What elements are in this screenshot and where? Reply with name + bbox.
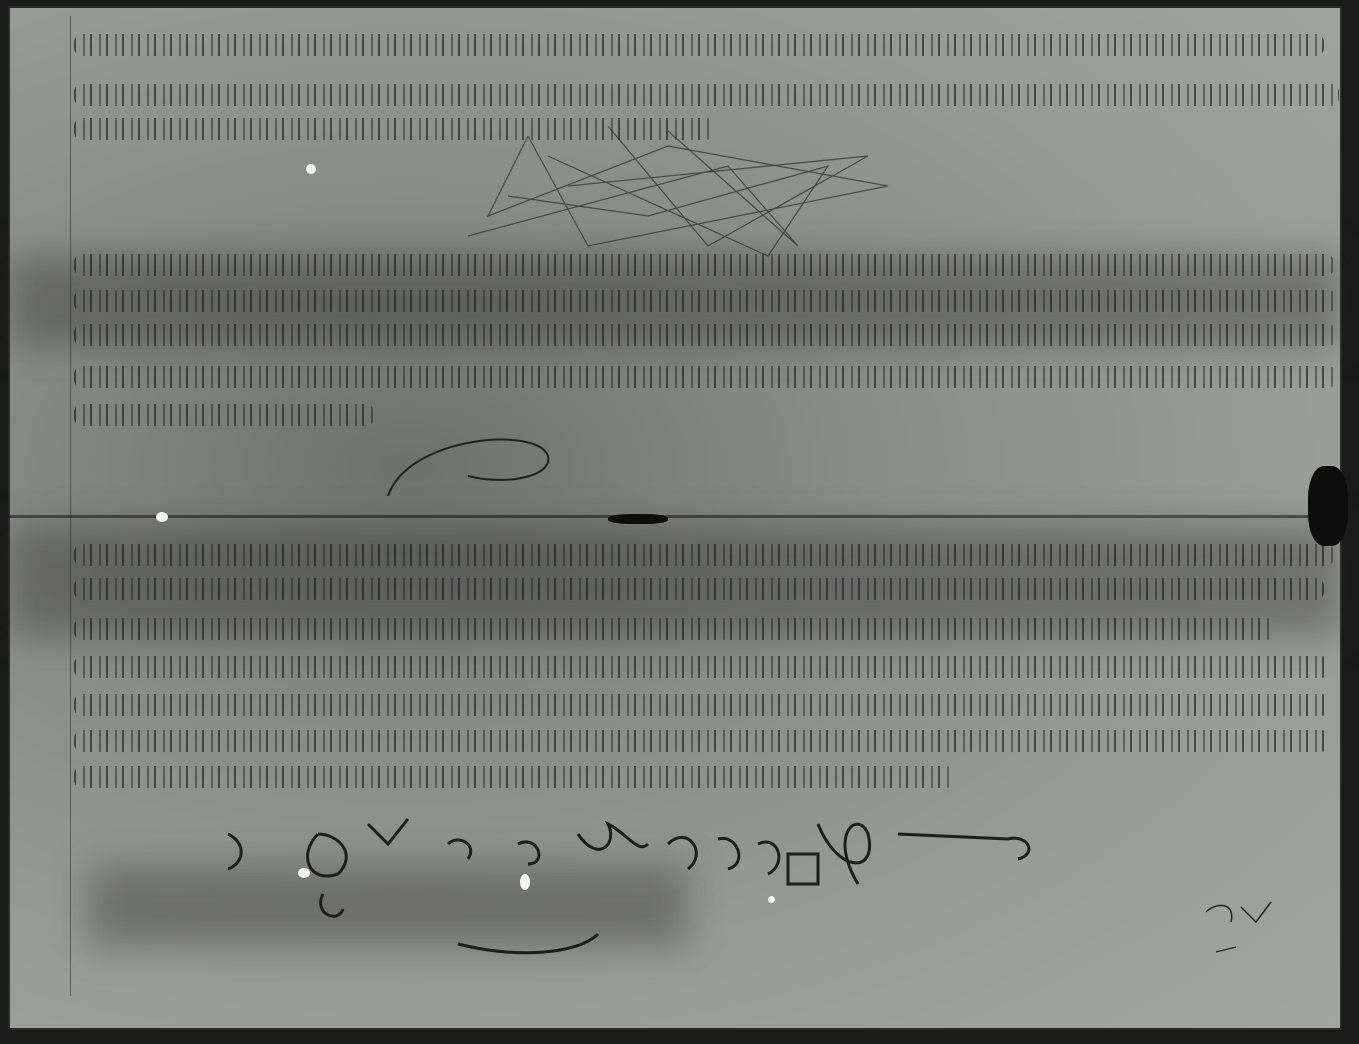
loop-mark: [368, 426, 568, 516]
margin-rule: [70, 16, 71, 996]
manuscript-sheet: line 1 line 2 line 3 line 4 line 5 line …: [8, 6, 1342, 1030]
text-line: line 2: [74, 84, 1339, 106]
signature-block: [218, 814, 1048, 964]
text-line: line 1: [74, 34, 1324, 56]
text-line: line 12: [74, 656, 1329, 678]
text-line: line 13: [74, 694, 1329, 716]
text-line: line 14: [74, 730, 1329, 752]
text-line: line 11: [74, 618, 1274, 640]
fold-crease: [8, 515, 1342, 518]
text-line: line 6: [74, 324, 1336, 346]
text-line: line 9: [74, 544, 1334, 566]
paper-spot: [298, 868, 310, 878]
text-line: line 15: [74, 766, 954, 788]
text-line: line 7: [74, 366, 1336, 388]
corner-annotation: [1196, 892, 1286, 962]
paper-spot: [306, 164, 316, 174]
ink-blot: [1308, 466, 1348, 546]
paper-spot: [520, 874, 530, 890]
text-line: line 8: [74, 404, 374, 426]
ink-blot: [608, 514, 668, 524]
paper-spot: [768, 896, 775, 903]
text-line: line 4: [74, 254, 1334, 276]
paper-spot: [156, 512, 168, 522]
text-line: line 5: [74, 290, 1336, 312]
text-line: line 10: [74, 578, 1324, 600]
crossed-out-scribble: [468, 126, 908, 266]
